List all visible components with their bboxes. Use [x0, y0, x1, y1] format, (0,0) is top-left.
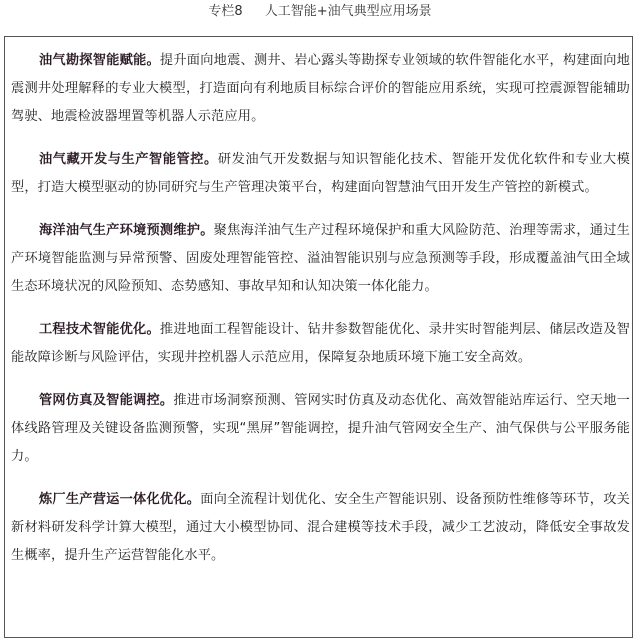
section-reservoir-development: 油气藏开发与生产智能管控。研发油气开发数据与知识智能化技术、智能开发优化软件和专…: [11, 146, 630, 202]
column-heading: 人工智能+油气典型应用场景: [265, 4, 432, 19]
section-exploration: 油气勘探智能赋能。提升面向地震、测井、岩心露头等勘探专业领域的软件智能化水平，构…: [11, 47, 630, 131]
section-refinery: 炼厂生产营运一体化优化。面向全流程计划优化、安全生产智能识别、设备预防性维修等环…: [11, 486, 630, 570]
section-offshore-environment: 海洋油气生产环境预测维护。聚焦海洋油气生产过程环境保护和重大风险防范、治理等需求…: [11, 217, 630, 301]
section-heading: 管网仿真及智能调控。: [39, 393, 173, 408]
section-pipeline: 管网仿真及智能调控。推进市场洞察预测、管网实时仿真及动态优化、高效智能站库运行、…: [11, 387, 630, 471]
section-engineering: 工程技术智能优化。推进地面工程智能设计、钻井参数智能优化、录井实时智能判层、储层…: [11, 316, 630, 372]
section-heading: 工程技术智能优化。: [39, 322, 160, 337]
section-heading: 海洋油气生产环境预测维护。: [39, 223, 214, 238]
content-box: 油气勘探智能赋能。提升面向地震、测井、岩心露头等勘探专业领域的软件智能化水平，构…: [4, 36, 633, 638]
column-title: 专栏8人工智能+油气典型应用场景: [0, 4, 640, 20]
section-heading: 油气勘探智能赋能。: [39, 53, 160, 68]
section-heading: 油气藏开发与生产智能管控。: [39, 152, 218, 167]
section-heading: 炼厂生产营运一体化优化。: [39, 492, 200, 507]
column-label: 专栏8: [208, 4, 242, 19]
